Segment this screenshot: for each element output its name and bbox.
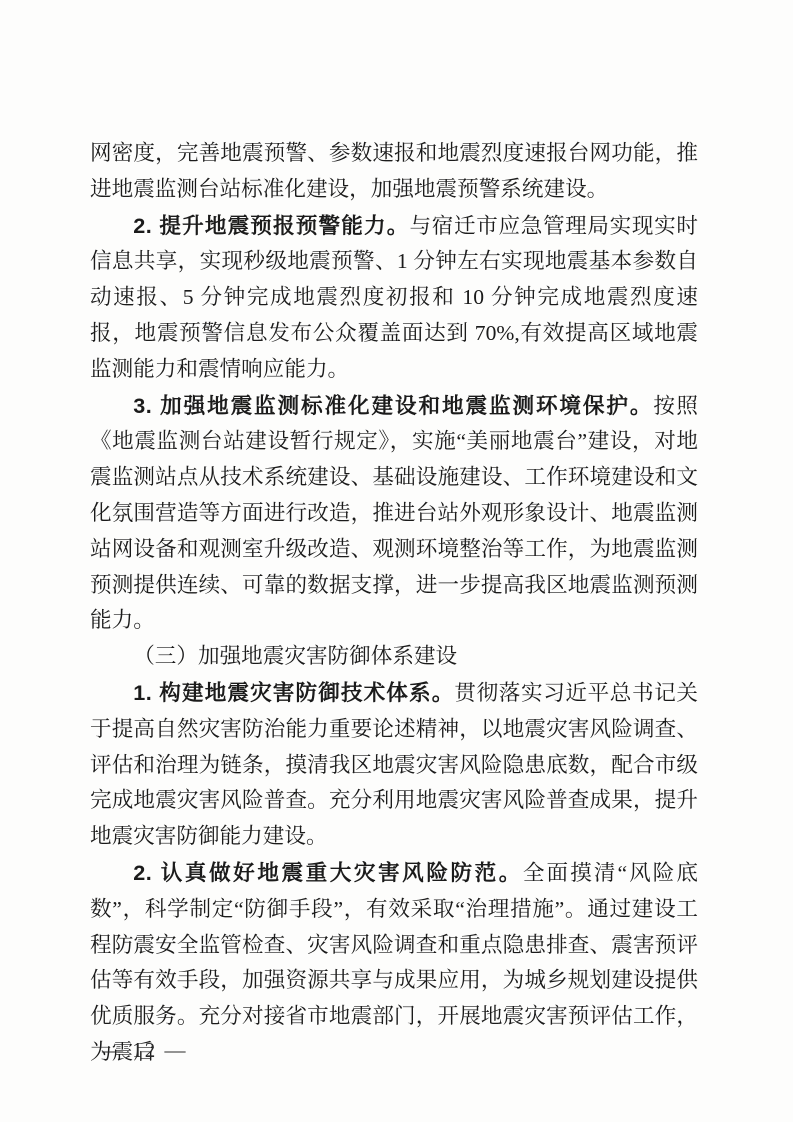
body-paragraph: 3. 加强地震监测标准化建设和地震监测环境保护。按照《地震监测台站建设暂行规定》… bbox=[90, 388, 698, 640]
paragraph-text: 与宿迁市应急管理局实现实时信息共享，实现秒级地震预警、1 分钟左右实现地震基本参… bbox=[90, 214, 698, 381]
section-heading-text: （三）加强地震灾害防御体系建设 bbox=[133, 644, 457, 668]
paragraph-text: 网密度，完善地震预警、参数速报和地震烈度速报台网功能，推进地震监测台站标准化建设… bbox=[90, 141, 698, 201]
page-number: — 12 — bbox=[102, 1038, 188, 1062]
body-paragraph: 2. 提升地震预报预警能力。与宿迁市应急管理局实现实时信息共享，实现秒级地震预警… bbox=[90, 208, 698, 388]
document-page: 网密度，完善地震预警、参数速报和地震烈度速报台网功能，推进地震监测台站标准化建设… bbox=[0, 0, 793, 1122]
paragraph-lead: 2. 认真做好地震重大灾害风险防范。 bbox=[133, 860, 523, 885]
page-footer: — 12 — bbox=[102, 1038, 188, 1063]
section-heading: （三）加强地震灾害防御体系建设 bbox=[90, 639, 698, 675]
paragraph-lead: 1. 构建地震灾害防御技术体系。 bbox=[133, 680, 454, 705]
paragraph-lead: 3. 加强地震监测标准化建设和地震监测环境保护。 bbox=[133, 393, 653, 418]
body-paragraph: 1. 构建地震灾害防御技术体系。贯彻落实习近平总书记关于提高自然灾害防治能力重要… bbox=[90, 675, 698, 855]
document-body: 网密度，完善地震预警、参数速报和地震烈度速报台网功能，推进地震监测台站标准化建设… bbox=[90, 136, 698, 1071]
paragraph-text: 按照《地震监测台站建设暂行规定》，实施“美丽地震台”建设，对地震监测站点从技术系… bbox=[90, 394, 698, 633]
paragraph-text: 全面摸清“风险底数”，科学制定“防御手段”，有效采取“治理措施”。通过建设工程防… bbox=[90, 861, 698, 1064]
body-paragraph: 网密度，完善地震预警、参数速报和地震烈度速报台网功能，推进地震监测台站标准化建设… bbox=[90, 136, 698, 208]
paragraph-lead: 2. 提升地震预报预警能力。 bbox=[133, 213, 409, 238]
paragraph-text: 贯彻落实习近平总书记关于提高自然灾害防治能力重要论述精神，以地震灾害风险调查、评… bbox=[90, 681, 698, 848]
